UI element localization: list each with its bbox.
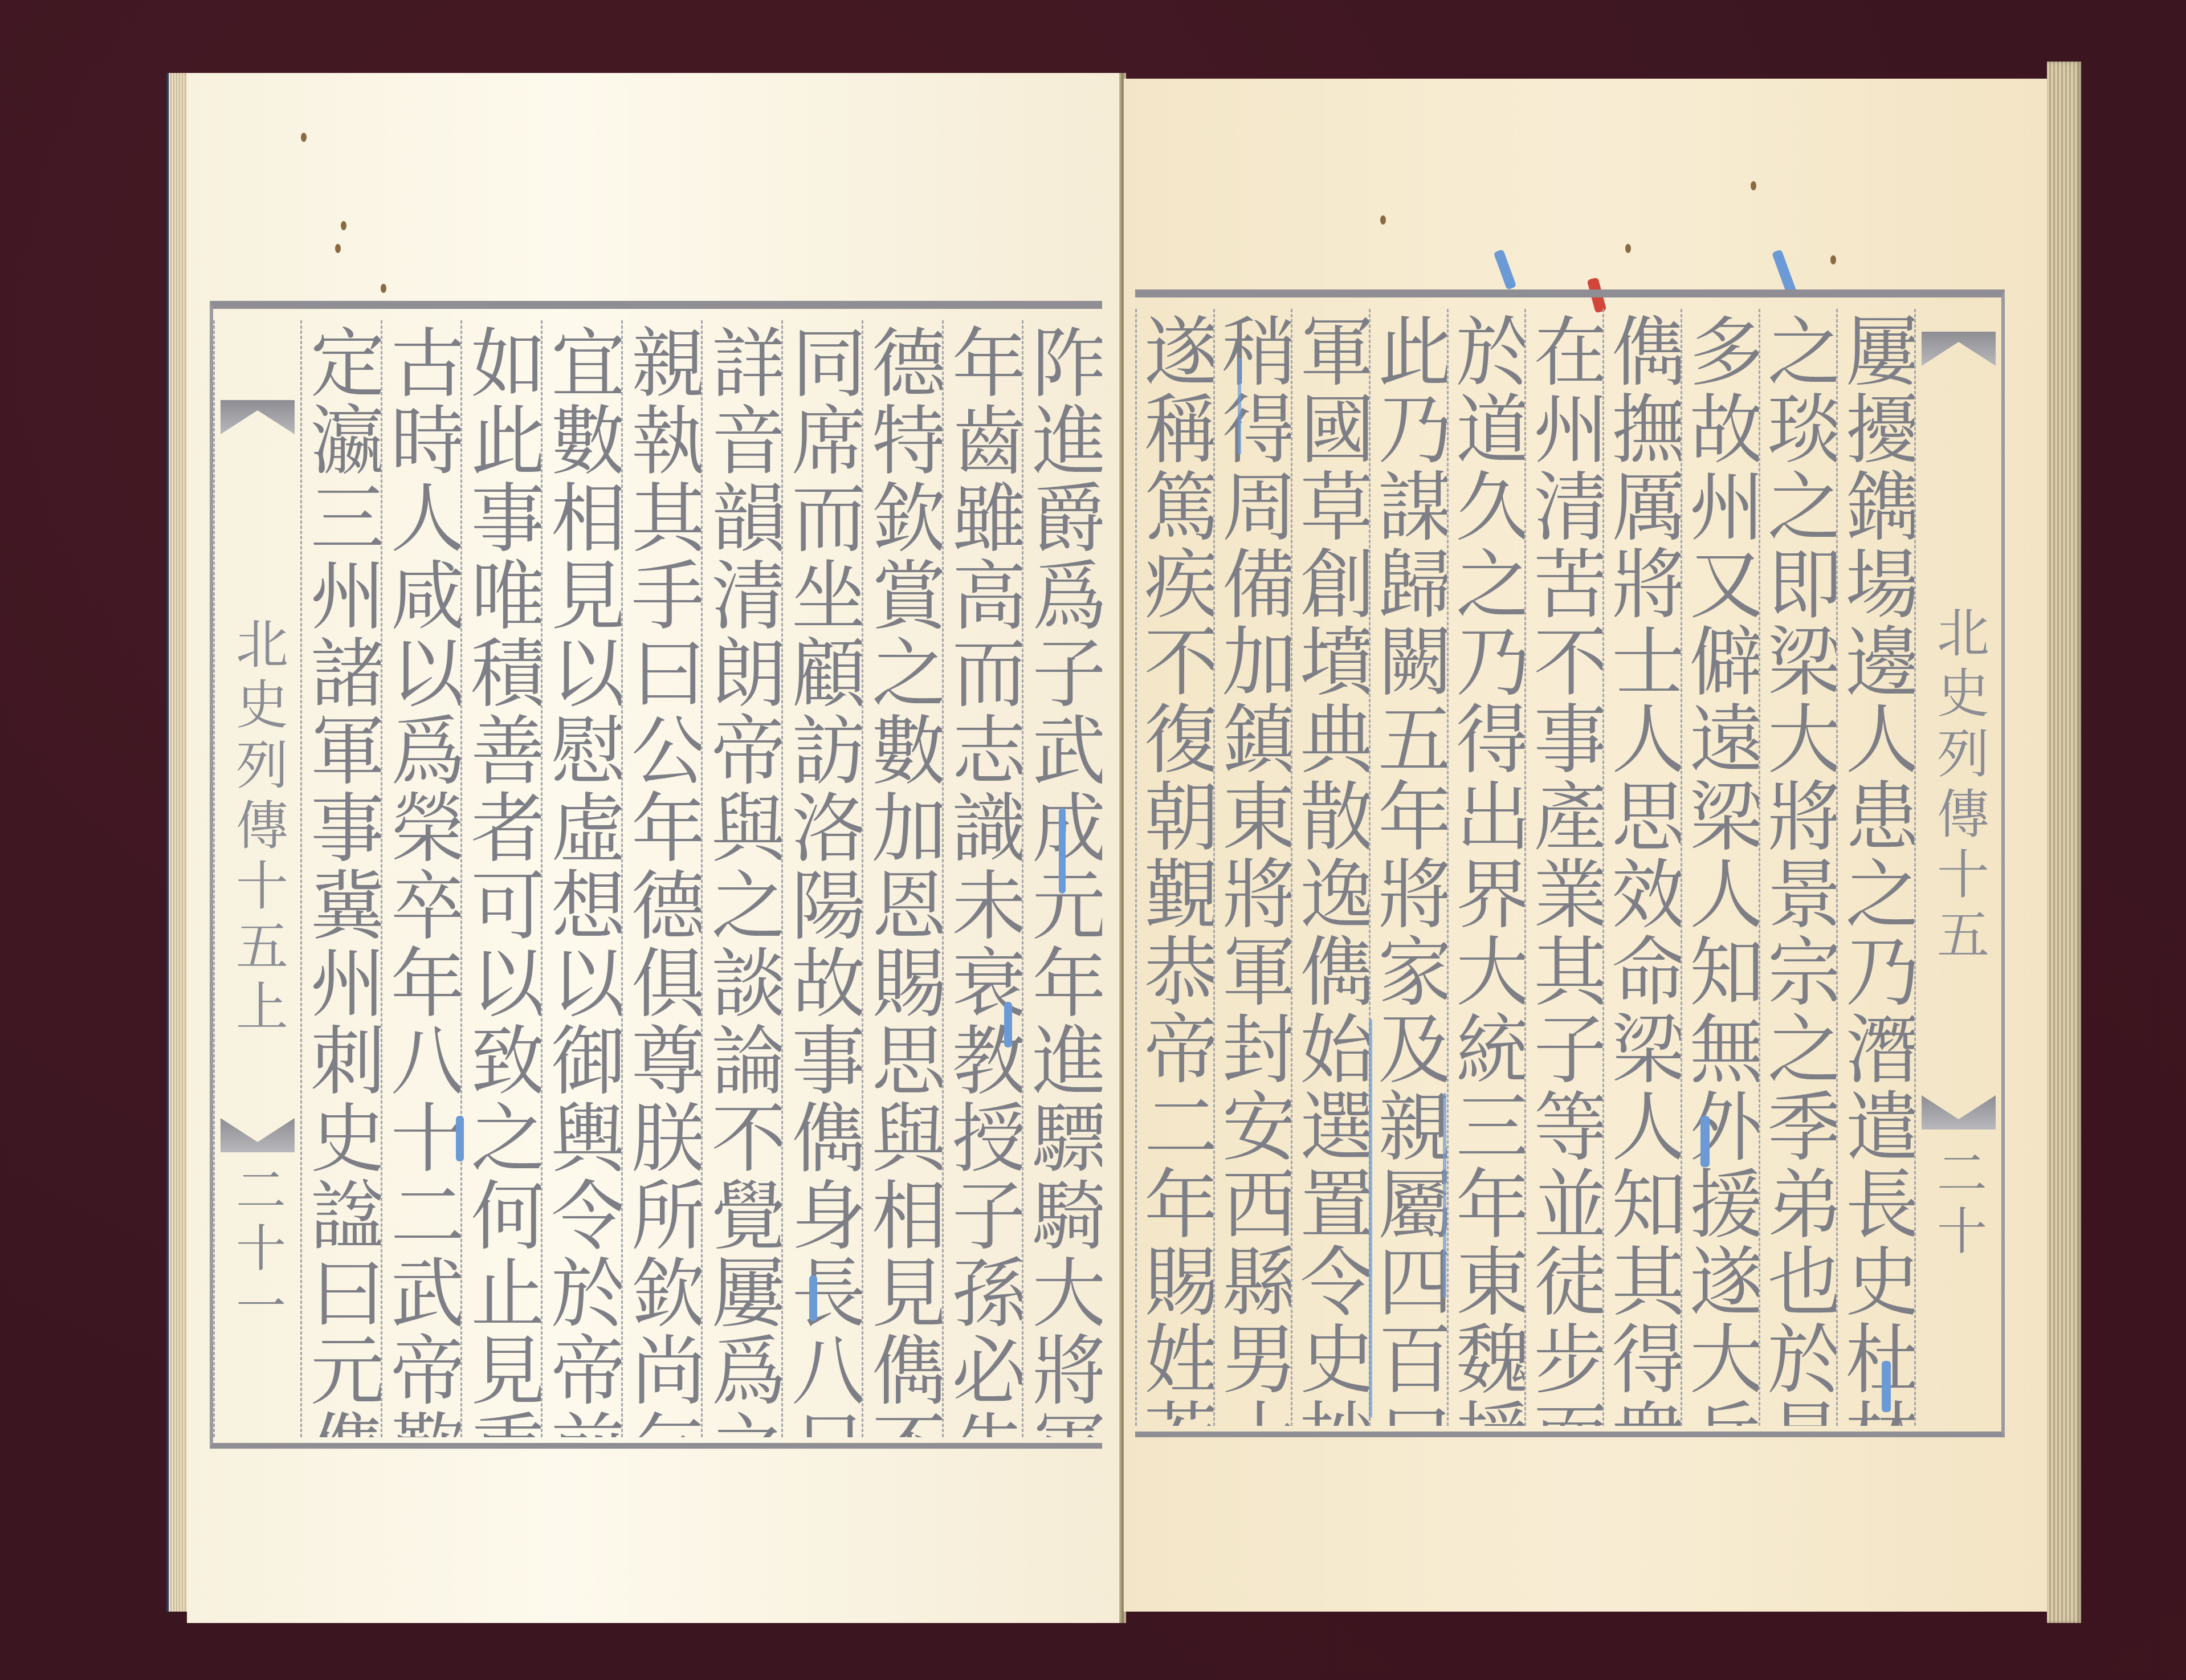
text-column: 德特欽賞之數加恩賜思與相見儁不得已乃入朝帝與 (862, 320, 942, 1437)
blue-annotation-mark (456, 1116, 464, 1161)
left-page: 阼進爵爲子武成元年進驃騎大將軍開府儀同三司儁 年齒雖高而志識未衰教授子孫必先典禮… (187, 73, 1121, 1623)
banxin-margin: 北史列傳十五 二十 (1914, 309, 2001, 1426)
blue-annotation-mark (809, 1275, 817, 1321)
blue-annotation-line (1443, 1093, 1446, 1298)
blue-annotation-mark (1882, 1361, 1891, 1412)
text-column: 宜數相見以慰虛想以御輿令於帝前乘出顧謂左右曰 (541, 320, 621, 1437)
wormhole (1751, 181, 1756, 190)
blue-annotation-mark (1700, 1116, 1710, 1167)
blue-annotation-mark (1059, 808, 1066, 894)
fishtail-mark (1922, 332, 1996, 366)
blue-annotation-mark (1494, 249, 1517, 290)
folio-number: 二十一 (232, 1164, 282, 1338)
blue-annotation-mark (1004, 1002, 1012, 1047)
wormhole (335, 244, 341, 253)
wormhole (1830, 255, 1836, 264)
text-column: 如此事唯積善者可以致之何止見重於今亦將傳之方 (460, 320, 541, 1437)
text-column: 多故州又僻遠梁人知無外援遂大兵頓魏興志圖攻取 (1681, 309, 1759, 1426)
fishtail-mark (1922, 1095, 1996, 1129)
blue-annotation-line (1369, 1019, 1372, 1418)
text-column: 遂稱篤疾不復朝覲恭帝二年賜姓若口引氏孝閔帝踐 (1135, 309, 1213, 1426)
text-column: 於道久之乃得出界大統三年東魏援儁洛州刺史儁因 (1447, 309, 1525, 1426)
text-column: 軍國草創墳典散逸儁始選置令史抄集經籍四部羣書 (1291, 309, 1369, 1426)
blue-annotation-mark (1772, 249, 1797, 295)
right-print-frame: 北史列傳十五 二十 屢擾鐫場邊人患之乃潛遣長史杜林道攻克其城并禽琰 之琰之即梁大… (1135, 289, 2005, 1437)
blue-annotation-line (1238, 358, 1241, 455)
right-columns: 北史列傳十五 二十 屢擾鐫場邊人患之乃潛遣長史杜林道攻克其城并禽琰 之琰之即梁大… (1135, 309, 2001, 1426)
text-column: 古時人咸以爲榮卒年八十二武帝歎惜之贈本官加冀 (381, 320, 461, 1437)
banxin-title: 北史列傳十五 (1932, 605, 1985, 968)
text-column: 之琰之即梁大將景宗之季弟也於是梁人懼爲屬魏室 (1759, 309, 1837, 1426)
text-column: 定瀛三州諸軍事冀州刺史諡曰元儁篤於仁義期功之 (300, 320, 381, 1437)
folio-number: 二十 (1933, 1147, 1983, 1263)
text-column: 年齒雖高而志識未衰教授子孫必先典禮明帝尚儒重 (942, 320, 1022, 1437)
banxin-title: 北史列傳十五上 (231, 617, 284, 1039)
text-column: 詳音韻清朗帝與之談論不覺屢爲之前膝及儁辭還帝 (701, 320, 781, 1437)
left-print-frame: 阼進爵爲子武成元年進驃騎大將軍開府儀同三司儁 年齒雖高而志識未衰教授子孫必先典禮… (210, 301, 1102, 1449)
text-column: 親執其手曰公年德俱尊朕所欽尚乞言之事所望於公 (621, 320, 702, 1437)
wormhole (381, 284, 386, 293)
banxin-margin: 北史列傳十五上 二十一 (213, 320, 300, 1437)
fishtail-mark (221, 1118, 295, 1152)
text-column: 此乃謀歸闕五年將家及親屬四百口入關拜祕書監時 (1369, 309, 1447, 1426)
text-column: 在州清苦不事產業其子等並徒步而還吏人送儁留連 (1524, 309, 1602, 1426)
wormhole (1625, 244, 1631, 253)
left-columns: 阼進爵爲子武成元年進驃騎大將軍開府儀同三司儁 年齒雖高而志識未衰教授子孫必先典禮… (213, 320, 1102, 1437)
book-edge-right (2047, 62, 2081, 1623)
text-column: 稍得周備加鎮東將軍封安西縣男十七年加散騎常侍 (1213, 309, 1291, 1426)
text-column: 屢擾鐫場邊人患之乃潛遣長史杜林道攻克其城并禽琰 (1836, 309, 1914, 1426)
fishtail-mark (221, 400, 295, 434)
right-page: 北史列傳十五 二十 屢擾鐫場邊人患之乃潛遣長史杜林道攻克其城并禽琰 之琰之即梁大… (1124, 79, 2047, 1612)
open-book: 阼進爵爲子武成元年進驃騎大將軍開府儀同三司儁 年齒雖高而志識未衰教授子孫必先典禮… (166, 62, 2081, 1623)
text-column: 同席而坐顧訪洛陽故事儁身長八尺鬚鬢皓然容止端 (781, 320, 862, 1437)
wormhole (1380, 215, 1386, 225)
wormhole (301, 133, 307, 142)
wormhole (341, 221, 346, 230)
text-column: 儁撫厲將士人思效命梁人知其得衆心也弗之敢逼儁 (1602, 309, 1681, 1426)
